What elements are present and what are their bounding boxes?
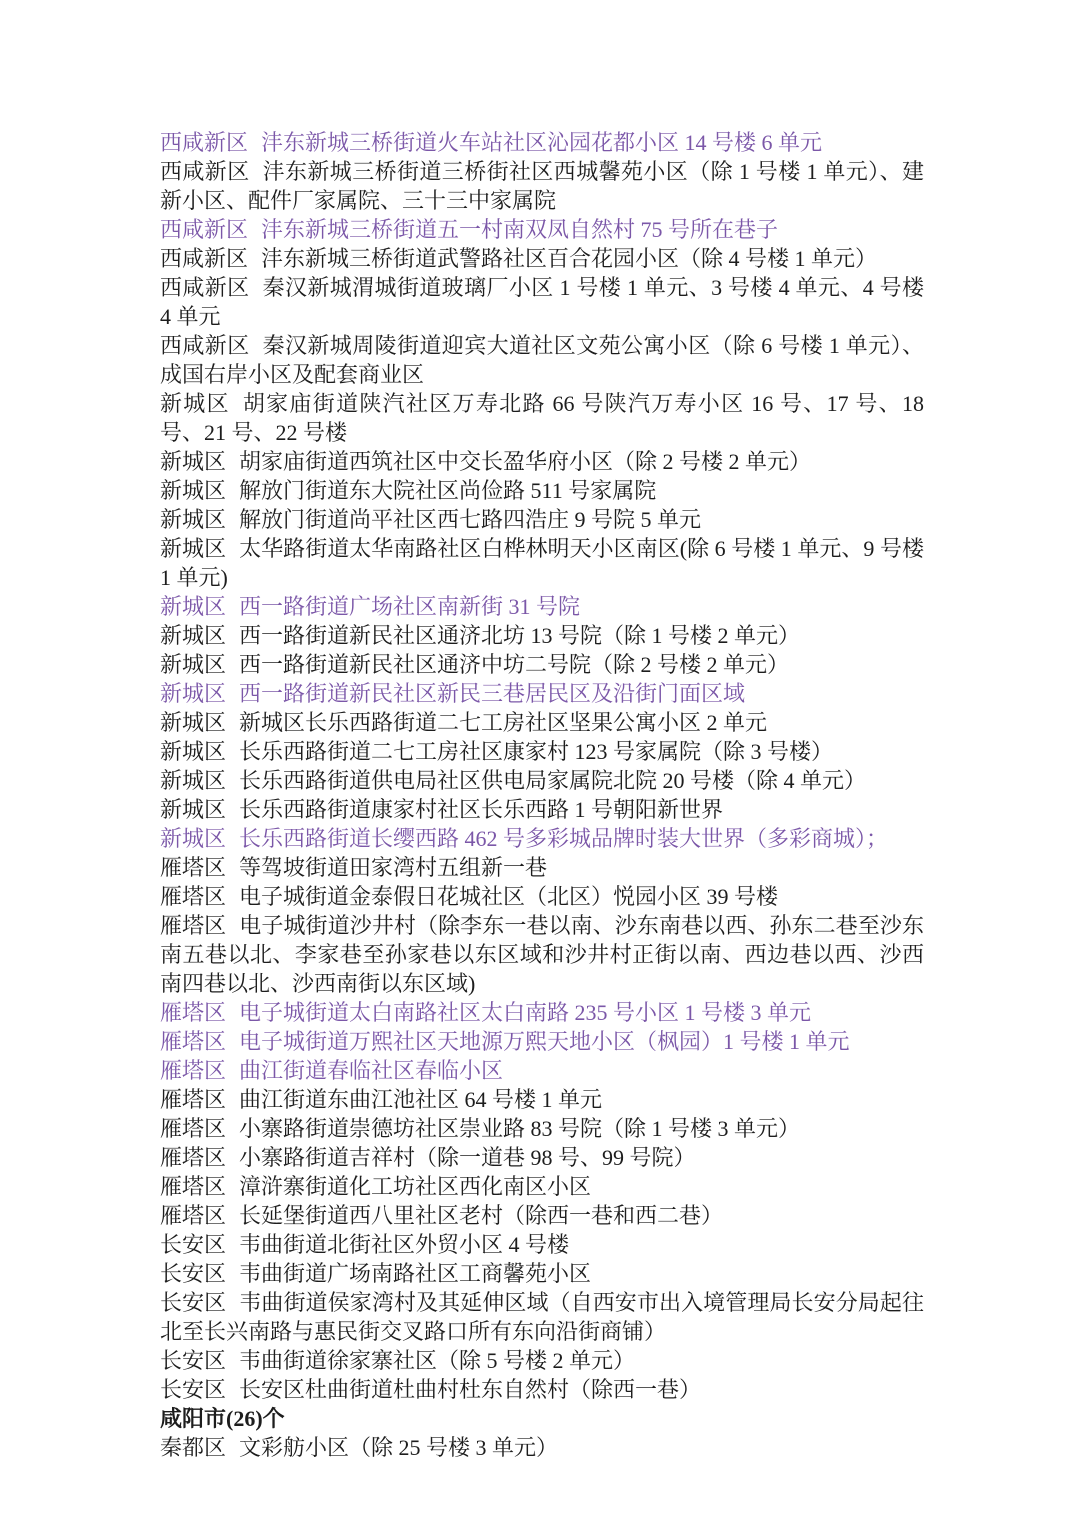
list-item: 新城区解放门街道东大院社区尚俭路 511 号家属院 <box>160 476 924 505</box>
district-label: 西咸新区 <box>160 130 248 155</box>
document-page: 西咸新区沣东新城三桥街道火车站社区沁园花都小区 14 号楼 6 单元西咸新区沣东… <box>0 0 1080 1526</box>
list-item: 新城区长乐西路街道供电局社区供电局家属院北院 20 号楼（除 4 单元） <box>160 766 924 795</box>
district-label: 雁塔区 <box>160 1058 226 1083</box>
district-label: 西咸新区 <box>160 275 250 300</box>
district-label: 长安区 <box>160 1261 226 1286</box>
district-label: 长安区 <box>160 1232 226 1257</box>
address-text: 电子城街道太白南路社区太白南路 235 号小区 1 号楼 3 单元 <box>239 1000 811 1025</box>
district-label: 雁塔区 <box>160 1145 226 1170</box>
district-label: 雁塔区 <box>160 1087 226 1112</box>
address-text: 长乐西路街道长缨西路 462 号多彩城品牌时装大世界（多彩商城）； <box>239 826 888 851</box>
address-text: 西一路街道新民社区通济北坊 13 号院（除 1 号楼 2 单元） <box>239 623 800 648</box>
list-item: 雁塔区等驾坡街道田家湾村五组新一巷 <box>160 853 924 882</box>
district-label: 西咸新区 <box>160 217 248 242</box>
list-item: 长安区长安区杜曲街道杜曲村杜东自然村（除西一巷） <box>160 1375 924 1404</box>
list-item: 新城区胡家庙街道陕汽社区万寿北路 66 号陕汽万寿小区 16 号、17 号、18… <box>160 389 924 447</box>
address-text: 胡家庙街道陕汽社区万寿北路 66 号陕汽万寿小区 16 号、17 号、18 号、… <box>160 391 924 445</box>
address-text: 文彩舫小区（除 25 号楼 3 单元） <box>239 1435 558 1460</box>
address-text: 韦曲街道侯家湾村及其延伸区域（自西安市出入境管理局长安分局起往北至长兴南路与惠民… <box>160 1290 924 1344</box>
list-item: 新城区长乐西路街道康家村社区长乐西路 1 号朝阳新世界 <box>160 795 924 824</box>
list-item: 西咸新区沣东新城三桥街道火车站社区沁园花都小区 14 号楼 6 单元 <box>160 128 924 157</box>
district-label: 雁塔区 <box>160 1000 226 1025</box>
section-heading-text: 咸阳市(26)个 <box>160 1406 285 1431</box>
address-text: 韦曲街道徐家寨社区（除 5 号楼 2 单元） <box>239 1348 635 1373</box>
district-label: 新城区 <box>160 594 226 619</box>
list-item: 新城区长乐西路街道二七工房社区康家村 123 号家属院（除 3 号楼） <box>160 737 924 766</box>
district-label: 雁塔区 <box>160 1029 226 1054</box>
list-item: 西咸新区沣东新城三桥街道三桥街社区西城馨苑小区（除 1 号楼 1 单元）、建新小… <box>160 157 924 215</box>
address-text: 韦曲街道广场南路社区工商馨苑小区 <box>239 1261 591 1286</box>
district-label: 新城区 <box>160 391 230 416</box>
address-text: 长乐西路街道康家村社区长乐西路 1 号朝阳新世界 <box>239 797 723 822</box>
address-text: 小寨路街道吉祥村（除一道巷 98 号、99 号院） <box>239 1145 696 1170</box>
address-text: 小寨路街道崇德坊社区崇业路 83 号院（除 1 号楼 3 单元） <box>239 1116 800 1141</box>
district-label: 西咸新区 <box>160 246 248 271</box>
district-label: 雁塔区 <box>160 1174 226 1199</box>
list-item: 新城区西一路街道新民社区新民三巷居民区及沿街门面区域 <box>160 679 924 708</box>
address-text: 沣东新城三桥街道火车站社区沁园花都小区 14 号楼 6 单元 <box>261 130 822 155</box>
district-label: 新城区 <box>160 797 226 822</box>
list-item: 新城区长乐西路街道长缨西路 462 号多彩城品牌时装大世界（多彩商城）； <box>160 824 924 853</box>
list-item: 长安区韦曲街道侯家湾村及其延伸区域（自西安市出入境管理局长安分局起往北至长兴南路… <box>160 1288 924 1346</box>
district-label: 秦都区 <box>160 1435 226 1460</box>
district-label: 新城区 <box>160 826 226 851</box>
list-item: 雁塔区漳浒寨街道化工坊社区西化南区小区 <box>160 1172 924 1201</box>
list-item: 雁塔区电子城街道沙井村（除李东一巷以南、沙东南巷以西、孙东二巷至沙东南五巷以北、… <box>160 911 924 998</box>
list-item: 长安区韦曲街道北街社区外贸小区 4 号楼 <box>160 1230 924 1259</box>
address-text: 解放门街道尚平社区西七路四浩庄 9 号院 5 单元 <box>239 507 701 532</box>
address-text: 沣东新城三桥街道五一村南双凤自然村 75 号所在巷子 <box>261 217 778 242</box>
address-text: 西一路街道新民社区新民三巷居民区及沿街门面区域 <box>239 681 745 706</box>
address-text: 电子城街道金泰假日花城社区（北区）悦园小区 39 号楼 <box>239 884 778 909</box>
district-label: 长安区 <box>160 1290 226 1315</box>
address-text: 电子城街道万熙社区天地源万熙天地小区（枫园）1 号楼 1 单元 <box>239 1029 850 1054</box>
address-list: 西咸新区沣东新城三桥街道火车站社区沁园花都小区 14 号楼 6 单元西咸新区沣东… <box>160 128 924 1462</box>
list-item: 长安区韦曲街道广场南路社区工商馨苑小区 <box>160 1259 924 1288</box>
address-text: 解放门街道东大院社区尚俭路 511 号家属院 <box>239 478 656 503</box>
list-item: 新城区西一路街道广场社区南新街 31 号院 <box>160 592 924 621</box>
list-item: 新城区解放门街道尚平社区西七路四浩庄 9 号院 5 单元 <box>160 505 924 534</box>
address-text: 新城区长乐西路街道二七工房社区坚果公寓小区 2 单元 <box>239 710 767 735</box>
district-label: 新城区 <box>160 768 226 793</box>
address-text: 韦曲街道北街社区外贸小区 4 号楼 <box>239 1232 569 1257</box>
list-item: 新城区新城区长乐西路街道二七工房社区坚果公寓小区 2 单元 <box>160 708 924 737</box>
district-label: 新城区 <box>160 681 226 706</box>
district-label: 西咸新区 <box>160 333 250 358</box>
list-item: 新城区西一路街道新民社区通济中坊二号院（除 2 号楼 2 单元） <box>160 650 924 679</box>
address-text: 长安区杜曲街道杜曲村杜东自然村（除西一巷） <box>239 1377 701 1402</box>
address-text: 西一路街道广场社区南新街 31 号院 <box>239 594 580 619</box>
address-text: 胡家庙街道西筑社区中交长盈华府小区（除 2 号楼 2 单元） <box>239 449 811 474</box>
list-item: 新城区太华路街道太华南路社区白桦林明天小区南区(除 6 号楼 1 单元、9 号楼… <box>160 534 924 592</box>
list-item: 新城区胡家庙街道西筑社区中交长盈华府小区（除 2 号楼 2 单元） <box>160 447 924 476</box>
address-text: 秦汉新城周陵街道迎宾大道社区文苑公寓小区（除 6 号楼 1 单元）、成国右岸小区… <box>160 333 924 387</box>
district-label: 新城区 <box>160 739 226 764</box>
address-text: 电子城街道沙井村（除李东一巷以南、沙东南巷以西、孙东二巷至沙东南五巷以北、李家巷… <box>160 913 924 996</box>
list-item: 新城区西一路街道新民社区通济北坊 13 号院（除 1 号楼 2 单元） <box>160 621 924 650</box>
district-label: 雁塔区 <box>160 884 226 909</box>
list-item: 雁塔区电子城街道太白南路社区太白南路 235 号小区 1 号楼 3 单元 <box>160 998 924 1027</box>
district-label: 长安区 <box>160 1377 226 1402</box>
district-label: 新城区 <box>160 507 226 532</box>
list-item: 秦都区文彩舫小区（除 25 号楼 3 单元） <box>160 1433 924 1462</box>
district-label: 西咸新区 <box>160 159 250 184</box>
list-item: 雁塔区电子城街道金泰假日花城社区（北区）悦园小区 39 号楼 <box>160 882 924 911</box>
list-item: 雁塔区曲江街道东曲江池社区 64 号楼 1 单元 <box>160 1085 924 1114</box>
list-item: 长安区韦曲街道徐家寨社区（除 5 号楼 2 单元） <box>160 1346 924 1375</box>
district-label: 新城区 <box>160 652 226 677</box>
district-label: 新城区 <box>160 710 226 735</box>
list-item: 雁塔区曲江街道春临社区春临小区 <box>160 1056 924 1085</box>
address-text: 曲江街道春临社区春临小区 <box>239 1058 503 1083</box>
list-item: 西咸新区秦汉新城渭城街道玻璃厂小区 1 号楼 1 单元、3 号楼 4 单元、4 … <box>160 273 924 331</box>
address-text: 等驾坡街道田家湾村五组新一巷 <box>239 855 547 880</box>
address-text: 长乐西路街道二七工房社区康家村 123 号家属院（除 3 号楼） <box>239 739 833 764</box>
district-label: 雁塔区 <box>160 913 226 938</box>
district-label: 新城区 <box>160 478 226 503</box>
section-heading: 咸阳市(26)个 <box>160 1404 924 1433</box>
address-text: 长延堡街道西八里社区老村（除西一巷和西二巷） <box>239 1203 723 1228</box>
list-item: 西咸新区秦汉新城周陵街道迎宾大道社区文苑公寓小区（除 6 号楼 1 单元）、成国… <box>160 331 924 389</box>
district-label: 新城区 <box>160 449 226 474</box>
address-text: 西一路街道新民社区通济中坊二号院（除 2 号楼 2 单元） <box>239 652 789 677</box>
district-label: 雁塔区 <box>160 855 226 880</box>
address-text: 曲江街道东曲江池社区 64 号楼 1 单元 <box>239 1087 602 1112</box>
district-label: 雁塔区 <box>160 1116 226 1141</box>
address-text: 太华路街道太华南路社区白桦林明天小区南区(除 6 号楼 1 单元、9 号楼 1 … <box>160 536 924 590</box>
list-item: 雁塔区电子城街道万熙社区天地源万熙天地小区（枫园）1 号楼 1 单元 <box>160 1027 924 1056</box>
address-text: 秦汉新城渭城街道玻璃厂小区 1 号楼 1 单元、3 号楼 4 单元、4 号楼 4… <box>160 275 924 329</box>
list-item: 西咸新区沣东新城三桥街道武警路社区百合花园小区（除 4 号楼 1 单元） <box>160 244 924 273</box>
address-text: 沣东新城三桥街道三桥街社区西城馨苑小区（除 1 号楼 1 单元）、建新小区、配件… <box>160 159 924 213</box>
address-text: 沣东新城三桥街道武警路社区百合花园小区（除 4 号楼 1 单元） <box>261 246 877 271</box>
list-item: 雁塔区小寨路街道吉祥村（除一道巷 98 号、99 号院） <box>160 1143 924 1172</box>
district-label: 长安区 <box>160 1348 226 1373</box>
address-text: 漳浒寨街道化工坊社区西化南区小区 <box>239 1174 591 1199</box>
list-item: 雁塔区长延堡街道西八里社区老村（除西一巷和西二巷） <box>160 1201 924 1230</box>
address-text: 长乐西路街道供电局社区供电局家属院北院 20 号楼（除 4 单元） <box>239 768 866 793</box>
list-item: 西咸新区沣东新城三桥街道五一村南双凤自然村 75 号所在巷子 <box>160 215 924 244</box>
list-item: 雁塔区小寨路街道崇德坊社区崇业路 83 号院（除 1 号楼 3 单元） <box>160 1114 924 1143</box>
district-label: 新城区 <box>160 623 226 648</box>
district-label: 雁塔区 <box>160 1203 226 1228</box>
district-label: 新城区 <box>160 536 226 561</box>
